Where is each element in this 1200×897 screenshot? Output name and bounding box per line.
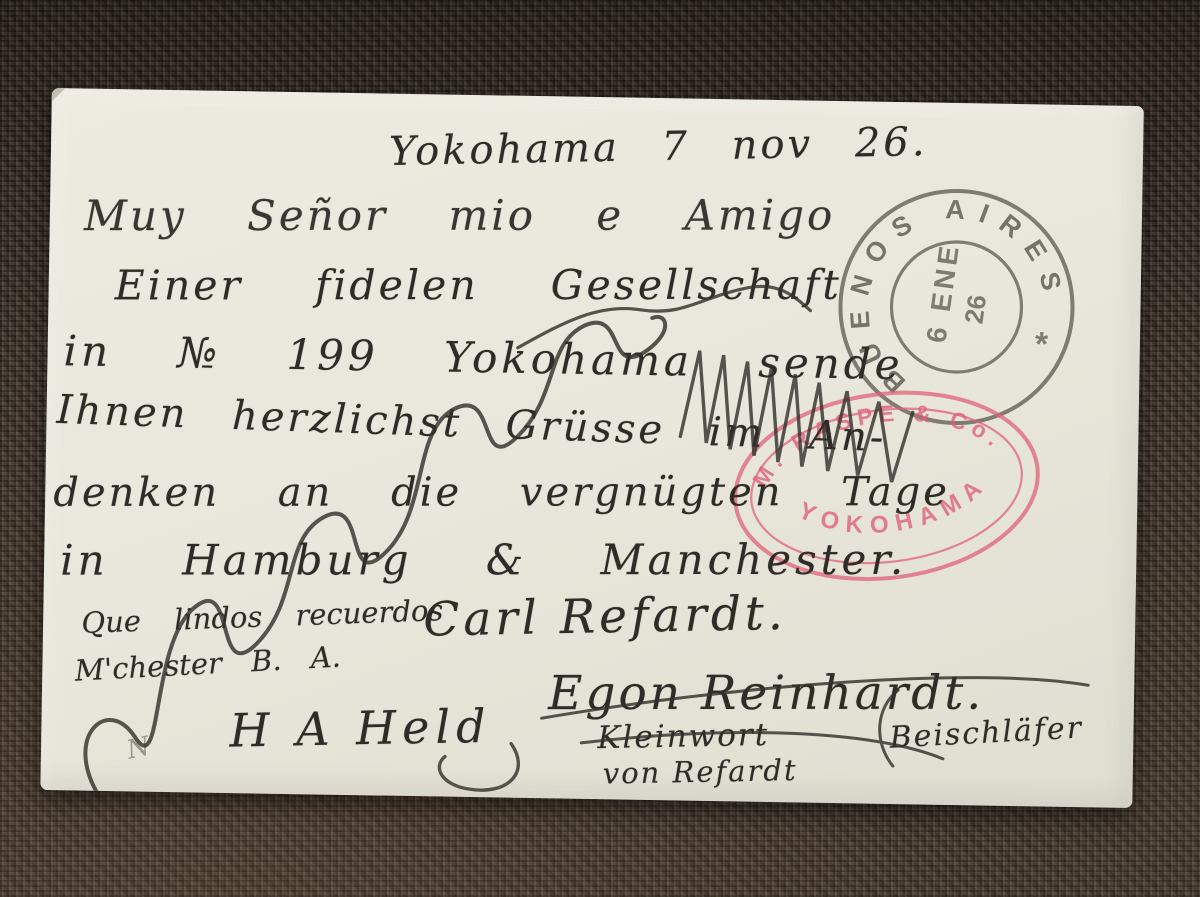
- body-line-2: in № 199 Yokohama sende: [63, 326, 904, 389]
- pencil-mark: N: [124, 731, 153, 765]
- left-note-line-1: Que lindos recuerdos: [81, 593, 444, 640]
- body-line-3: Ihnen herzlichst Grüsse im An-: [56, 387, 887, 461]
- postcard: BUENOS AIRES * 6 ENE 26 M. RASPE & Co. Y…: [40, 88, 1143, 808]
- postmark-star: *: [1035, 325, 1050, 363]
- body-line-5: in Hamburg & Manchester.: [60, 535, 907, 585]
- body-line-1: Einer fidelen Gesellschaft: [115, 261, 842, 310]
- salutation-line: Muy Señor mio e Amigo: [84, 190, 835, 240]
- postmark-date-top: 6 ENE: [921, 240, 966, 344]
- postmark-date-bottom: 26: [959, 293, 993, 326]
- signature-held: H A Held: [229, 699, 492, 758]
- date-line: Yokohama 7 nov 26.: [389, 119, 928, 175]
- right-note-line-1: Kleinwort: [597, 717, 769, 756]
- signature-egon-reinhardt: Egon Reinhardt.: [548, 666, 984, 721]
- signature-carl-refardt: Carl Refardt.: [423, 586, 787, 648]
- corner-fold: [51, 88, 98, 121]
- left-note-line-2: M'chester B. A.: [74, 640, 342, 688]
- right-note-line-2: von Refardt: [602, 753, 797, 791]
- body-line-4: denken an die vergnügten Tage: [53, 469, 950, 516]
